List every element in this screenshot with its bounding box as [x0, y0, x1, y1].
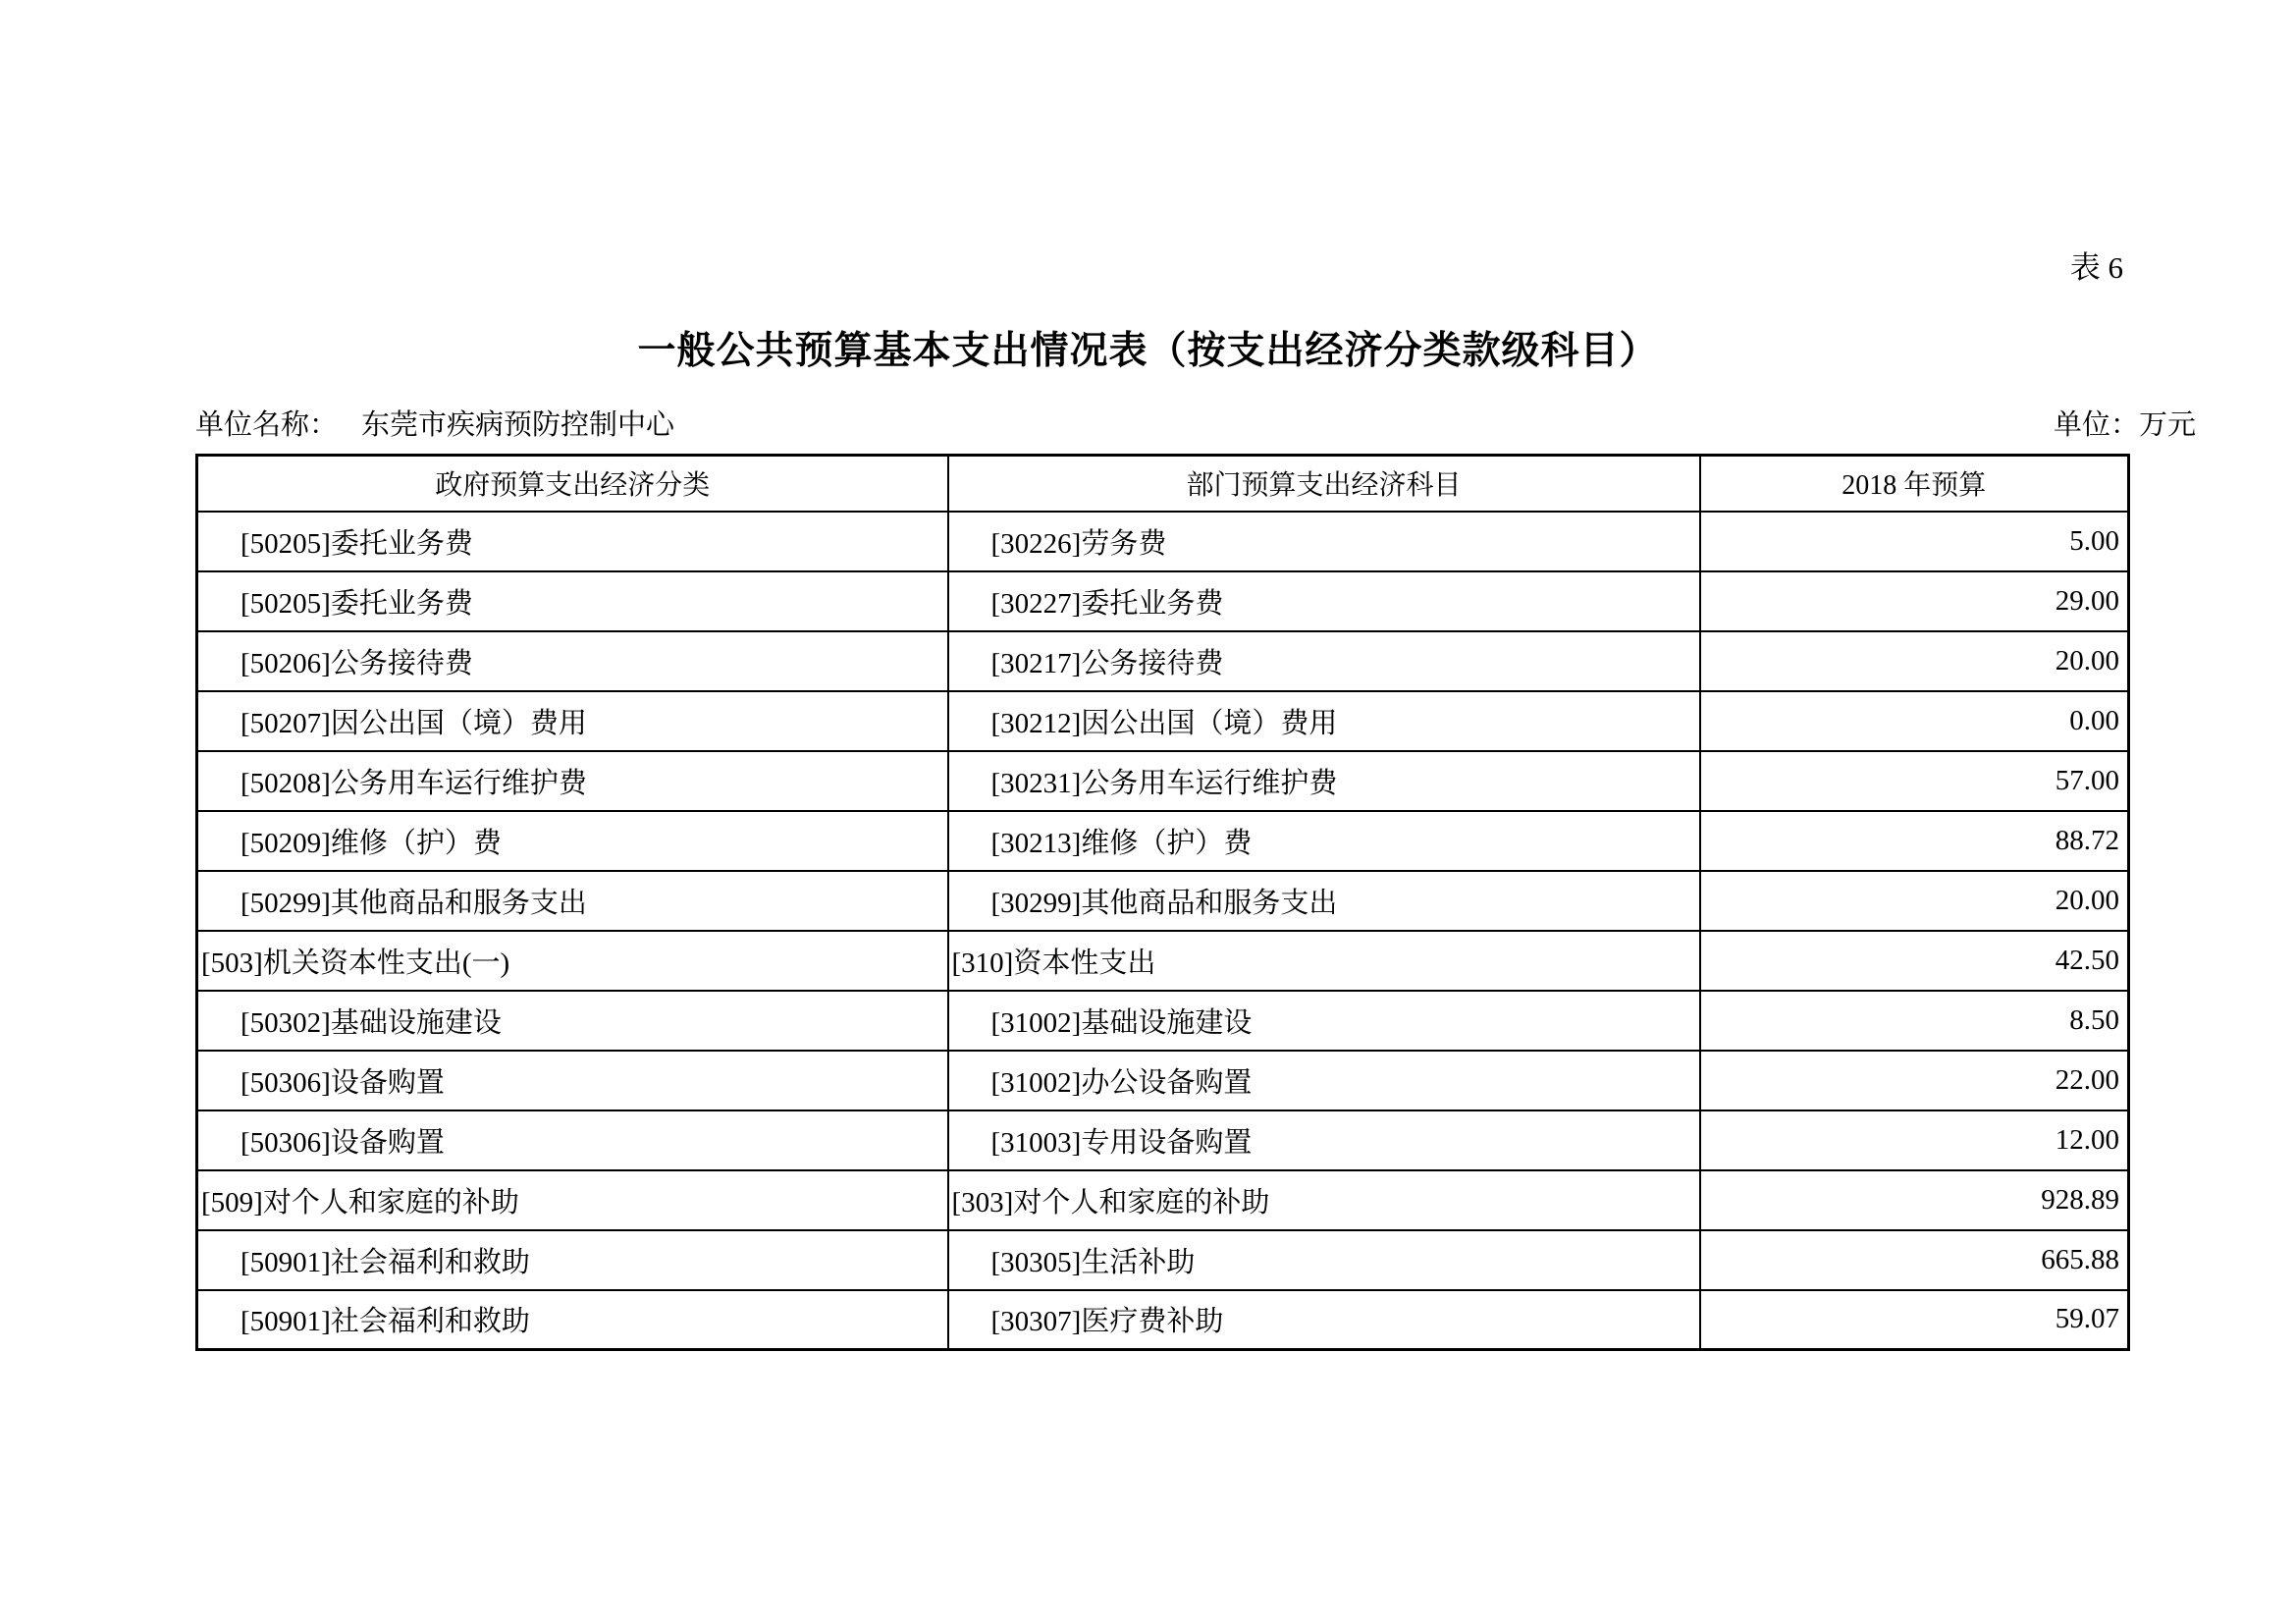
gov-category-cell: [50306]设备购置	[197, 1110, 948, 1170]
gov-category-cell: [50901]社会福利和救助	[197, 1230, 948, 1290]
gov-category-cell: [50901]社会福利和救助	[197, 1290, 948, 1350]
header-row: 政府预算支出经济分类 部门预算支出经济科目 2018 年预算	[197, 456, 2129, 512]
table-row: [50306]设备购置[31003]专用设备购置12.00	[197, 1110, 2129, 1170]
budget-value-cell: 20.00	[1700, 871, 2129, 931]
table-row: [50299]其他商品和服务支出[30299]其他商品和服务支出20.00	[197, 871, 2129, 931]
dept-subject-cell: [30213]维修（护）费	[948, 811, 1700, 871]
gov-category-cell: [509]对个人和家庭的补助	[197, 1170, 948, 1230]
budget-value-cell: 0.00	[1700, 691, 2129, 751]
gov-category-cell: [50206]公务接待费	[197, 631, 948, 691]
table-row: [503]机关资本性支出(一)[310]资本性支出42.50	[197, 931, 2129, 991]
table-row: [50901]社会福利和救助[30307]医疗费补助59.07	[197, 1290, 2129, 1350]
budget-value-cell: 22.00	[1700, 1051, 2129, 1110]
table-row: [50205]委托业务费[30227]委托业务费29.00	[197, 571, 2129, 631]
header-budget-2018: 2018 年预算	[1700, 456, 2129, 512]
budget-table: 政府预算支出经济分类 部门预算支出经济科目 2018 年预算 [50205]委托…	[195, 454, 2130, 1351]
dept-subject-cell: [30212]因公出国（境）费用	[948, 691, 1700, 751]
gov-category-cell: [50302]基础设施建设	[197, 991, 948, 1051]
dept-subject-cell: [31002]办公设备购置	[948, 1051, 1700, 1110]
table-row: [50901]社会福利和救助[30305]生活补助665.88	[197, 1230, 2129, 1290]
table-row: [50207]因公出国（境）费用[30212]因公出国（境）费用0.00	[197, 691, 2129, 751]
gov-category-cell: [50205]委托业务费	[197, 512, 948, 571]
dept-subject-cell: [30227]委托业务费	[948, 571, 1700, 631]
table-row: [50306]设备购置[31002]办公设备购置22.00	[197, 1051, 2129, 1110]
table-row: [509]对个人和家庭的补助[303]对个人和家庭的补助928.89	[197, 1170, 2129, 1230]
table-header: 政府预算支出经济分类 部门预算支出经济科目 2018 年预算	[197, 456, 2129, 512]
unit-name-group: 单位名称：东莞市疾病预防控制中心	[195, 408, 674, 443]
table-body: [50205]委托业务费[30226]劳务费5.00[50205]委托业务费[3…	[197, 512, 2129, 1350]
dept-subject-cell: [310]资本性支出	[948, 931, 1700, 991]
dept-subject-cell: [30231]公务用车运行维护费	[948, 751, 1700, 811]
table-number-tag: 表 6	[2070, 251, 2123, 285]
gov-category-cell: [50207]因公出国（境）费用	[197, 691, 948, 751]
table-row: [50206]公务接待费[30217]公务接待费20.00	[197, 631, 2129, 691]
budget-value-cell: 29.00	[1700, 571, 2129, 631]
unit-name-label: 单位名称：	[195, 409, 338, 441]
budget-value-cell: 88.72	[1700, 811, 2129, 871]
gov-category-cell: [50306]设备购置	[197, 1051, 948, 1110]
header-dept-subject: 部门预算支出经济科目	[948, 456, 1700, 512]
budget-value-cell: 59.07	[1700, 1290, 2129, 1350]
table-row: [50209]维修（护）费[30213]维修（护）费88.72	[197, 811, 2129, 871]
budget-value-cell: 5.00	[1700, 512, 2129, 571]
dept-subject-cell: [30217]公务接待费	[948, 631, 1700, 691]
meta-row: 单位名称：东莞市疾病预防控制中心 单位：万元	[195, 408, 2196, 443]
dept-subject-cell: [30226]劳务费	[948, 512, 1700, 571]
currency-unit-label: 单位：万元	[2054, 408, 2196, 443]
dept-subject-cell: [31003]专用设备购置	[948, 1110, 1700, 1170]
gov-category-cell: [50209]维修（护）费	[197, 811, 948, 871]
table-row: [50302]基础设施建设[31002]基础设施建设8.50	[197, 991, 2129, 1051]
dept-subject-cell: [30299]其他商品和服务支出	[948, 871, 1700, 931]
gov-category-cell: [50205]委托业务费	[197, 571, 948, 631]
header-gov-category: 政府预算支出经济分类	[197, 456, 948, 512]
budget-value-cell: 57.00	[1700, 751, 2129, 811]
table-row: [50205]委托业务费[30226]劳务费5.00	[197, 512, 2129, 571]
budget-value-cell: 8.50	[1700, 991, 2129, 1051]
gov-category-cell: [50299]其他商品和服务支出	[197, 871, 948, 931]
dept-subject-cell: [30307]医疗费补助	[948, 1290, 1700, 1350]
dept-subject-cell: [30305]生活补助	[948, 1230, 1700, 1290]
gov-category-cell: [503]机关资本性支出(一)	[197, 931, 948, 991]
page-title: 一般公共预算基本支出情况表（按支出经济分类款级科目）	[0, 320, 2296, 375]
gov-category-cell: [50208]公务用车运行维护费	[197, 751, 948, 811]
unit-name-value: 东莞市疾病预防控制中心	[361, 409, 674, 441]
budget-value-cell: 928.89	[1700, 1170, 2129, 1230]
table-row: [50208]公务用车运行维护费[30231]公务用车运行维护费57.00	[197, 751, 2129, 811]
document-page: { "page": { "table_tag": "表 6", "title":…	[0, 0, 2296, 1624]
budget-value-cell: 12.00	[1700, 1110, 2129, 1170]
dept-subject-cell: [303]对个人和家庭的补助	[948, 1170, 1700, 1230]
budget-value-cell: 42.50	[1700, 931, 2129, 991]
budget-value-cell: 665.88	[1700, 1230, 2129, 1290]
budget-value-cell: 20.00	[1700, 631, 2129, 691]
dept-subject-cell: [31002]基础设施建设	[948, 991, 1700, 1051]
